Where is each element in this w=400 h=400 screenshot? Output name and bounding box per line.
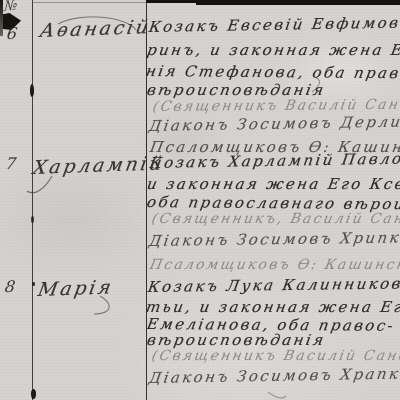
ink-blotch	[32, 282, 35, 286]
record-line: (Священникъ Василій Санбу-	[152, 98, 400, 114]
record-line: и законная жена Его Ксенія	[146, 177, 400, 192]
scan-artifact-edge	[0, 0, 3, 36]
record-name: Аѳанасій	[38, 18, 152, 41]
record-number: 7	[5, 156, 17, 172]
record-line: вѣроисповѣданія	[146, 333, 327, 348]
ink-blotch	[31, 389, 36, 399]
table-top-border-thick	[196, 0, 400, 5]
record-line: Діаконъ Зосимовъ Дерлипча-	[148, 114, 400, 134]
record-line: (Священникъ Василій Санбу-	[151, 349, 400, 363]
record-line: тьи, и законная жена Его	[145, 300, 400, 315]
record-line: Козакъ Харлампій Павловъ	[149, 151, 400, 171]
record-number: 6	[6, 26, 18, 42]
record-name: Марія	[36, 278, 114, 300]
record-line: ринъ, и законная жена Евге-	[146, 43, 400, 58]
record-line: Козакъ Евсевій Евфимовичъ	[148, 15, 400, 35]
ink-blotch	[30, 84, 35, 97]
record-line: нія Стефанова, оба правос-	[145, 64, 400, 81]
record-line: оба православнаго вѣроиспо-	[146, 195, 400, 213]
register-scan-page: № 6 Аѳанасій Козакъ Евсевій Евфимовичъ р…	[0, 0, 400, 400]
table-top-border-faint	[33, 2, 146, 3]
record-line: Псаломщиковъ Ѳ: Кашинскій	[149, 258, 400, 272]
ink-blotch	[31, 216, 34, 223]
column-rule-left	[32, 0, 34, 400]
record-line: Діаконъ Зосимовъ Храпко	[148, 366, 400, 386]
margin-scribble: №	[4, 0, 19, 14]
record-line: (Священникъ, Василій Санбу-	[151, 212, 400, 226]
record-name: Харлампій	[31, 154, 165, 178]
record-line: Козакъ Лука Калинниковъ	[147, 276, 400, 295]
record-number: 8	[4, 279, 16, 295]
record-line: вѣроисповѣданія	[146, 83, 327, 98]
record-line: Діаконъ Зосимовъ Хрипко	[148, 230, 400, 249]
